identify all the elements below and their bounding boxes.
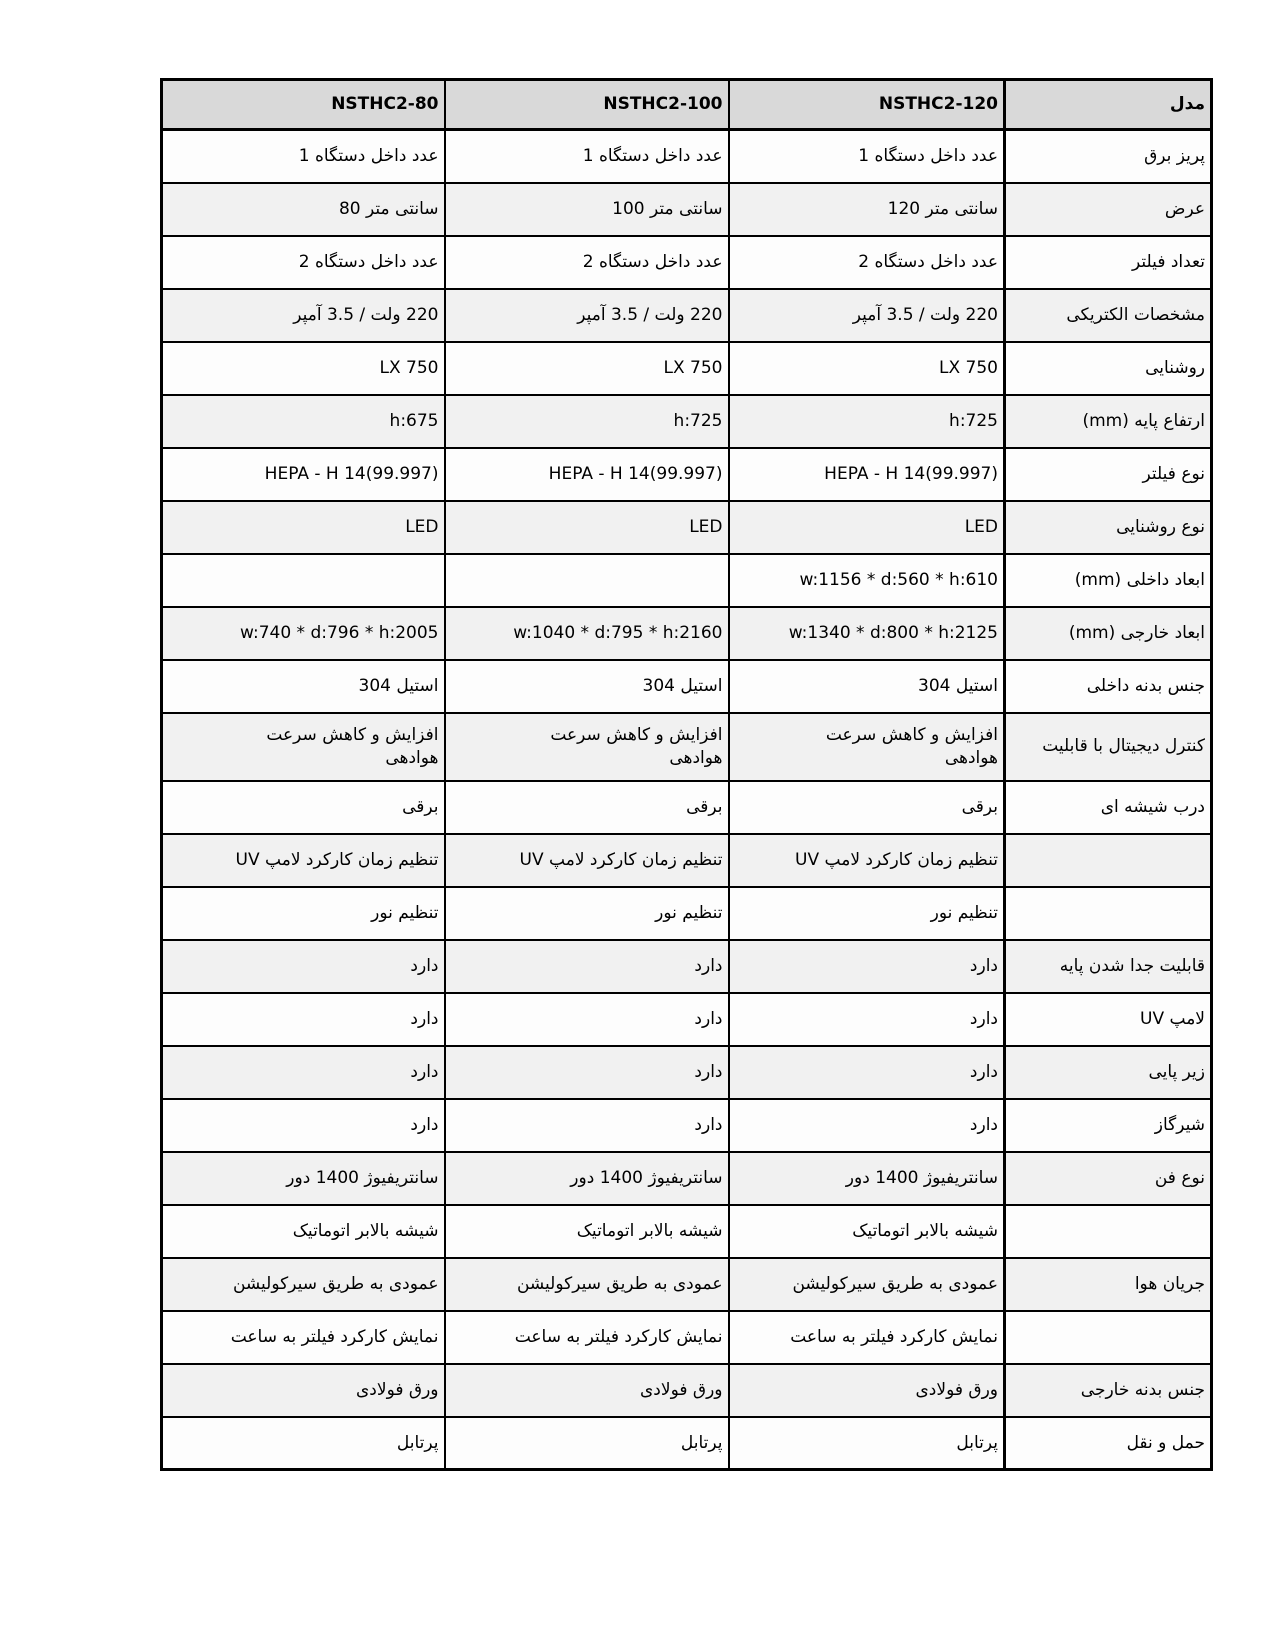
spec-value-cell: دارد [445,940,729,993]
header-row: مدل NSTHC2-120 NSTHC2-100 NSTHC2-80 [162,80,1212,130]
spec-value-cell [162,554,445,607]
spec-value-cell: سانتی متر 100 [445,183,729,236]
spec-value-cell: w:1040 * d:795 * h:2160 [445,607,729,660]
spec-value-cell: سانتی متر 120 [729,183,1005,236]
spec-value-cell: افزایش و کاهش سرعت هوادهی [729,713,1005,781]
row-label: لامپ UV [1005,993,1212,1046]
spec-value-cell: عمودی به طریق سیرکولیشن [162,1258,445,1311]
spec-value-cell: دارد [729,993,1005,1046]
spec-value-cell: عدد داخل دستگاه 1 [729,130,1005,183]
table-row: تنظیم زمان کارکرد لامپ UVتنظیم زمان کارک… [162,834,1212,887]
row-label: ارتفاع پایه (mm) [1005,395,1212,448]
spec-value-cell: افزایش و کاهش سرعت هوادهی [445,713,729,781]
row-label: نوع فیلتر [1005,448,1212,501]
table-row: درب شیشه ایبرقیبرقیبرقی [162,781,1212,834]
spec-value-cell: LED [445,501,729,554]
spec-value-cell: نمایش کارکرد فیلتر به ساعت [445,1311,729,1364]
table-row: زیر پاییدارددارددارد [162,1046,1212,1099]
spec-value-cell: دارد [162,1046,445,1099]
table-row: حمل و نقلپرتابلپرتابلپرتابل [162,1417,1212,1470]
table-row: نوع فنسانتریفیوژ 1400 دورسانتریفیوژ 1400… [162,1152,1212,1205]
spec-value-cell: 220 ولت / 3.5 آمپر [445,289,729,342]
row-label: درب شیشه ای [1005,781,1212,834]
spec-value-cell: h:725 [445,395,729,448]
spec-value-cell: عدد داخل دستگاه 1 [445,130,729,183]
row-label: مشخصات الکتریکی [1005,289,1212,342]
row-label: حمل و نقل [1005,1417,1212,1470]
table-row: شیرگازدارددارددارد [162,1099,1212,1152]
spec-table-body: پریز برقعدد داخل دستگاه 1عدد داخل دستگاه… [162,130,1212,1470]
table-row: جریان هواعمودی به طریق سیرکولیشنعمودی به… [162,1258,1212,1311]
spec-value-cell: تنظیم زمان کارکرد لامپ UV [445,834,729,887]
row-label: زیر پایی [1005,1046,1212,1099]
spec-value-cell: عدد داخل دستگاه 1 [162,130,445,183]
spec-value-cell: LED [162,501,445,554]
spec-value-cell: پرتابل [162,1417,445,1470]
row-label: نوع فن [1005,1152,1212,1205]
spec-value-cell: استیل 304 [162,660,445,713]
document-page: مدل NSTHC2-120 NSTHC2-100 NSTHC2-80 پریز… [0,0,1275,1650]
spec-table: مدل NSTHC2-120 NSTHC2-100 NSTHC2-80 پریز… [160,78,1213,1471]
spec-value-cell: دارد [729,940,1005,993]
table-row: مشخصات الکتریکی220 ولت / 3.5 آمپر220 ولت… [162,289,1212,342]
spec-value-cell: HEPA - H 14(99.997) [162,448,445,501]
spec-value-cell: سانتریفیوژ 1400 دور [729,1152,1005,1205]
spec-value-cell: عدد داخل دستگاه 2 [162,236,445,289]
spec-value-cell: 750 LX [162,342,445,395]
row-label: جریان هوا [1005,1258,1212,1311]
spec-value-cell: تنظیم زمان کارکرد لامپ UV [729,834,1005,887]
spec-value-cell: برقی [729,781,1005,834]
row-label: تعداد فیلتر [1005,236,1212,289]
spec-value-cell [445,554,729,607]
spec-value-cell: تنظیم نور [729,887,1005,940]
spec-value-cell: استیل 304 [445,660,729,713]
row-label: ابعاد خارجی (mm) [1005,607,1212,660]
spec-value-cell: تنظیم زمان کارکرد لامپ UV [162,834,445,887]
spec-value-cell: w:1156 * d:560 * h:610 [729,554,1005,607]
spec-value-cell: دارد [445,1046,729,1099]
row-label [1005,1311,1212,1364]
spec-value-cell: عدد داخل دستگاه 2 [445,236,729,289]
spec-value-cell: دارد [729,1046,1005,1099]
spec-value-cell: سانتریفیوژ 1400 دور [445,1152,729,1205]
spec-value-cell: افزایش و کاهش سرعت هوادهی [162,713,445,781]
spec-value-cell: دارد [445,1099,729,1152]
row-label: پریز برق [1005,130,1212,183]
spec-value-cell: سانتریفیوژ 1400 دور [162,1152,445,1205]
spec-value-cell: پرتابل [445,1417,729,1470]
spec-value-cell: 750 LX [729,342,1005,395]
spec-value-cell: برقی [445,781,729,834]
spec-value-cell: عمودی به طریق سیرکولیشن [729,1258,1005,1311]
spec-value-cell: پرتابل [729,1417,1005,1470]
table-row: لامپ UVدارددارددارد [162,993,1212,1046]
column-header-nsthc2-100: NSTHC2-100 [445,80,729,130]
spec-value-cell: عدد داخل دستگاه 2 [729,236,1005,289]
table-row: جنس بدنه داخلیاستیل 304استیل 304استیل 30… [162,660,1212,713]
column-header-nsthc2-80: NSTHC2-80 [162,80,445,130]
table-row: نوع روشناییLEDLEDLED [162,501,1212,554]
row-label [1005,887,1212,940]
table-row: پریز برقعدد داخل دستگاه 1عدد داخل دستگاه… [162,130,1212,183]
row-label: قابلیت جدا شدن پایه [1005,940,1212,993]
table-row: شیشه بالابر اتوماتیکشیشه بالابر اتوماتیک… [162,1205,1212,1258]
column-header-model: مدل [1005,80,1212,130]
table-row: ابعاد داخلی (mm)w:1156 * d:560 * h:610 [162,554,1212,607]
spec-value-cell: ورق فولادی [162,1364,445,1417]
spec-value-cell: تنظیم نور [162,887,445,940]
spec-value-cell: سانتی متر 80 [162,183,445,236]
spec-value-cell: دارد [162,993,445,1046]
row-label: عرض [1005,183,1212,236]
spec-value-cell: دارد [162,940,445,993]
spec-value-cell: HEPA - H 14(99.997) [445,448,729,501]
spec-value-cell: دارد [162,1099,445,1152]
spec-value-cell: شیشه بالابر اتوماتیک [445,1205,729,1258]
row-label [1005,1205,1212,1258]
table-row: کنترل دیجیتال با قابلیتافزایش و کاهش سرع… [162,713,1212,781]
spec-value-cell: دارد [729,1099,1005,1152]
spec-value-cell: h:675 [162,395,445,448]
table-row: نوع فیلترHEPA - H 14(99.997)HEPA - H 14(… [162,448,1212,501]
table-row: روشنایی750 LX750 LX750 LX [162,342,1212,395]
row-label: شیرگاز [1005,1099,1212,1152]
table-row: تعداد فیلترعدد داخل دستگاه 2عدد داخل دست… [162,236,1212,289]
spec-value-cell: نمایش کارکرد فیلتر به ساعت [162,1311,445,1364]
row-label: جنس بدنه خارجی [1005,1364,1212,1417]
spec-value-cell: ورق فولادی [729,1364,1005,1417]
table-row: عرضسانتی متر 120سانتی متر 100سانتی متر 8… [162,183,1212,236]
spec-value-cell: عمودی به طریق سیرکولیشن [445,1258,729,1311]
spec-value-cell: h:725 [729,395,1005,448]
row-label: روشنایی [1005,342,1212,395]
spec-value-cell: LED [729,501,1005,554]
spec-value-cell: 220 ولت / 3.5 آمپر [162,289,445,342]
table-row: جنس بدنه خارجیورق فولادیورق فولادیورق فو… [162,1364,1212,1417]
table-row: ابعاد خارجی (mm)w:1340 * d:800 * h:2125w… [162,607,1212,660]
table-row: ارتفاع پایه (mm)h:725h:725h:675 [162,395,1212,448]
spec-value-cell: استیل 304 [729,660,1005,713]
spec-value-cell: 750 LX [445,342,729,395]
spec-value-cell: شیشه بالابر اتوماتیک [729,1205,1005,1258]
column-header-nsthc2-120: NSTHC2-120 [729,80,1005,130]
spec-value-cell: HEPA - H 14(99.997) [729,448,1005,501]
row-label: جنس بدنه داخلی [1005,660,1212,713]
spec-value-cell: دارد [445,993,729,1046]
row-label: نوع روشنایی [1005,501,1212,554]
spec-value-cell: 220 ولت / 3.5 آمپر [729,289,1005,342]
spec-value-cell: شیشه بالابر اتوماتیک [162,1205,445,1258]
row-label: کنترل دیجیتال با قابلیت [1005,713,1212,781]
spec-value-cell: برقی [162,781,445,834]
spec-value-cell: w:740 * d:796 * h:2005 [162,607,445,660]
spec-value-cell: نمایش کارکرد فیلتر به ساعت [729,1311,1005,1364]
table-row: قابلیت جدا شدن پایهدارددارددارد [162,940,1212,993]
table-row: تنظیم نورتنظیم نورتنظیم نور [162,887,1212,940]
spec-value-cell: ورق فولادی [445,1364,729,1417]
table-row: نمایش کارکرد فیلتر به ساعتنمایش کارکرد ف… [162,1311,1212,1364]
row-label: ابعاد داخلی (mm) [1005,554,1212,607]
row-label [1005,834,1212,887]
spec-value-cell: w:1340 * d:800 * h:2125 [729,607,1005,660]
spec-value-cell: تنظیم نور [445,887,729,940]
